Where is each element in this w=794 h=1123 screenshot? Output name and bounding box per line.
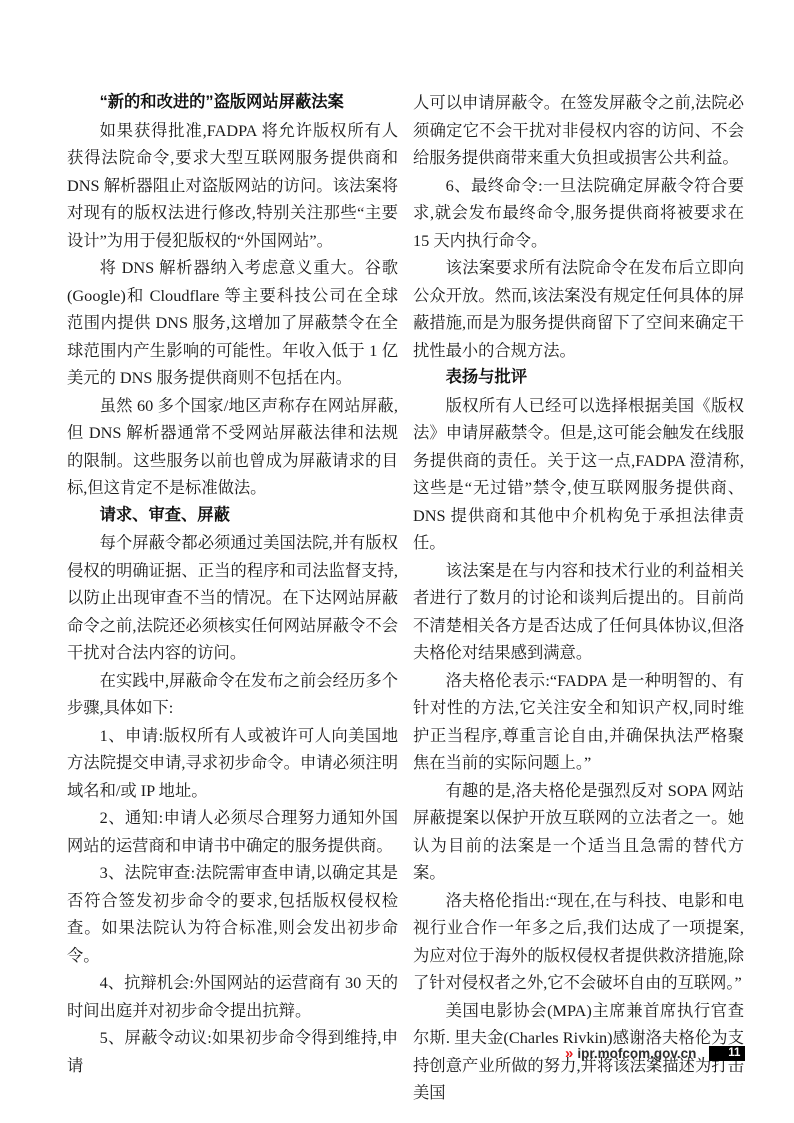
page-content: “新的和改进的”盗版网站屏蔽法案如果获得批准,FADPA 将允许版权所有人获得法…: [67, 89, 744, 1107]
paragraph: 版权所有人已经可以选择根据美国《版权法》申请屏蔽禁令。但是,这可能会触发在线服务…: [413, 392, 744, 557]
page-number: 11: [728, 1048, 740, 1060]
section-heading: 表扬与批评: [413, 364, 744, 392]
paragraph: 6、最终命令:一旦法院确定屏蔽令符合要求,就会发布最终命令,服务提供商将被要求在…: [413, 172, 744, 255]
paragraph: 5、屏蔽令动议:如果初步命令得到维持,申请: [67, 1024, 398, 1079]
paragraph: 在实践中,屏蔽命令在发布之前会经历多个步骤,具体如下:: [67, 667, 398, 722]
paragraph: 如果获得批准,FADPA 将允许版权所有人获得法院命令,要求大型互联网服务提供商…: [67, 117, 398, 255]
double-chevron-icon: »: [565, 1046, 572, 1061]
column-left: “新的和改进的”盗版网站屏蔽法案如果获得批准,FADPA 将允许版权所有人获得法…: [67, 89, 398, 1107]
paragraph: 4、抗辩机会:外国网站的运营商有 30 天的时间出庭并对初步命令提出抗辩。: [67, 969, 398, 1024]
paragraph: 洛夫格伦表示:“FADPA 是一种明智的、有针对性的方法,它关注安全和知识产权,…: [413, 667, 744, 777]
page-footer: » ipr.mofcom.gov.cn 11: [565, 1046, 745, 1061]
paragraph: 2、通知:申请人必须尽合理努力通知外国网站的运营商和申请书中确定的服务提供商。: [67, 804, 398, 859]
paragraph: 有趣的是,洛夫格伦是强烈反对 SOPA 网站屏蔽提案以保护开放互联网的立法者之一…: [413, 777, 744, 887]
section-heading: 请求、审查、屏蔽: [67, 502, 398, 530]
paragraph: 1、申请:版权所有人或被许可人向美国地方法院提交申请,寻求初步命令。申请必须注明…: [67, 722, 398, 805]
page-number-badge: 11: [709, 1046, 745, 1061]
paragraph: 每个屏蔽令都必须通过美国法院,并有版权侵权的明确证据、正当的程序和司法监督支持,…: [67, 529, 398, 667]
document-page: “新的和改进的”盗版网站屏蔽法案如果获得批准,FADPA 将允许版权所有人获得法…: [0, 0, 794, 1123]
column-right: 人可以申请屏蔽令。在签发屏蔽令之前,法院必须确定它不会干扰对非侵权内容的访问、不…: [413, 89, 744, 1107]
paragraph: 洛夫格伦指出:“现在,在与科技、电影和电视行业合作一年多之后,我们达成了一项提案…: [413, 887, 744, 997]
paragraph: 将 DNS 解析器纳入考虑意义重大。谷歌(Google)和 Cloudflare…: [67, 254, 398, 392]
footer-site-url: ipr.mofcom.gov.cn: [577, 1047, 696, 1061]
paragraph: 3、法院审查:法院需审查申请,以确定其是否符合签发初步命令的要求,包括版权侵权检…: [67, 859, 398, 969]
paragraph: 该法案要求所有法院命令在发布后立即向公众开放。然而,该法案没有规定任何具体的屏蔽…: [413, 254, 744, 364]
paragraph: 人可以申请屏蔽令。在签发屏蔽令之前,法院必须确定它不会干扰对非侵权内容的访问、不…: [413, 89, 744, 172]
section-heading: “新的和改进的”盗版网站屏蔽法案: [67, 89, 398, 117]
paragraph: 虽然 60 多个国家/地区声称存在网站屏蔽,但 DNS 解析器通常不受网站屏蔽法…: [67, 392, 398, 502]
paragraph: 该法案是在与内容和技术行业的利益相关者进行了数月的讨论和谈判后提出的。目前尚不清…: [413, 557, 744, 667]
